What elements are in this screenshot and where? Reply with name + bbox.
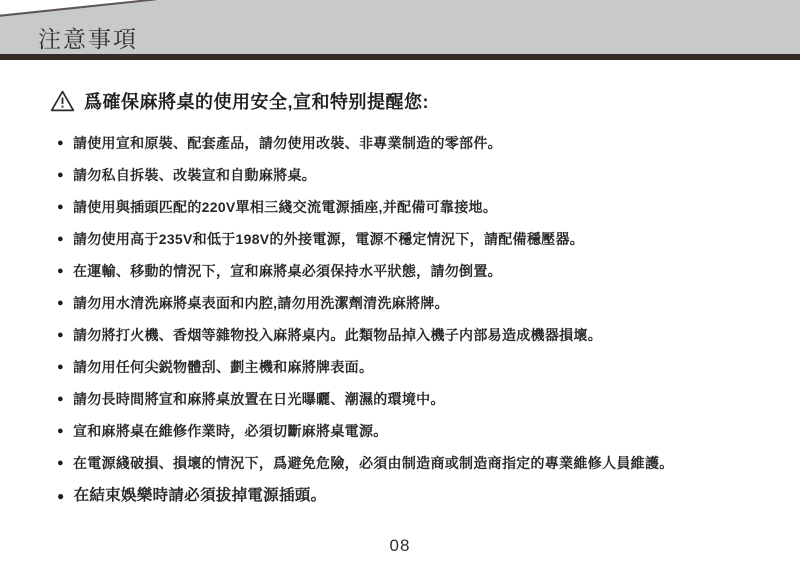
notice-item: ● 在結束娛樂時請必須拔掉電源插頭。 (57, 487, 800, 505)
notice-text: 請勿私自拆裝、改裝宣和自動麻將桌。 (73, 167, 316, 183)
bullet-icon: ● (57, 455, 64, 471)
bullet-icon: ● (57, 135, 64, 151)
notice-item: ● 請使用宣和原裝、配套產品，請勿使用改裝、非專業制造的零部件。 (57, 135, 800, 151)
notice-list: ● 請使用宣和原裝、配套產品，請勿使用改裝、非專業制造的零部件。 ● 請勿私自拆… (57, 135, 800, 505)
notice-item: ● 請勿長時間將宣和麻將桌放置在日光曝曬、潮濕的環境中。 (57, 391, 800, 407)
bullet-icon: ● (57, 423, 64, 439)
notice-text: 請勿使用高于235V和低于198V的外接電源，電源不穩定情況下，請配備穩壓器。 (73, 231, 584, 247)
bullet-icon: ● (57, 359, 64, 375)
bullet-icon: ● (57, 327, 64, 343)
bullet-icon: ● (57, 487, 65, 505)
bullet-icon: ● (57, 295, 64, 311)
bullet-icon: ● (57, 167, 64, 183)
manual-page: 注意事項 爲確保麻將桌的使用安全,宣和特别提醒您: ● 請使用宣和原裝、配套產品… (0, 0, 800, 563)
warning-triangle-icon (50, 90, 75, 112)
notice-text: 在結束娛樂時請必須拔掉電源插頭。 (74, 487, 327, 505)
notice-item: ● 請勿用水清洗麻將桌表面和内腔,請勿用洗潔劑清洗麻將牌。 (57, 295, 800, 311)
notice-text: 請勿將打火機、香烟等雜物投入麻將桌内。此類物品掉入機子内部易造成機器損壞。 (73, 327, 602, 343)
notice-text: 請勿用任何尖鋭物體刮、劃主機和麻將牌表面。 (73, 359, 373, 375)
notice-text: 在電源綫破損、損壞的情況下，爲避免危險，必須由制造商或制造商指定的專業維修人員維… (73, 455, 674, 471)
warning-heading: 爲確保麻將桌的使用安全,宣和特别提醒您: (84, 88, 429, 114)
notice-item: ● 請勿私自拆裝、改裝宣和自動麻將桌。 (57, 167, 800, 183)
notice-item: ● 在運輸、移動的情況下，宣和麻將桌必須保持水平狀態，請勿倒置。 (57, 263, 800, 279)
notice-item: ● 宣和麻將桌在維修作業時，必須切斷麻將桌電源。 (57, 423, 800, 439)
notice-text: 請使用宣和原裝、配套產品，請勿使用改裝、非專業制造的零部件。 (73, 135, 502, 151)
notice-item: ● 請勿將打火機、香烟等雜物投入麻將桌内。此類物品掉入機子内部易造成機器損壞。 (57, 327, 800, 343)
notice-text: 宣和麻將桌在維修作業時，必須切斷麻將桌電源。 (73, 423, 388, 439)
page-footer: 08 (0, 536, 800, 556)
warning-row: 爲確保麻將桌的使用安全,宣和特别提醒您: (50, 88, 800, 114)
section-header-bar: 注意事項 (0, 0, 800, 54)
page-number: 08 (390, 536, 411, 555)
notice-item: ● 請勿用任何尖鋭物體刮、劃主機和麻將牌表面。 (57, 359, 800, 375)
notice-item: ● 在電源綫破損、損壞的情況下，爲避免危險，必須由制造商或制造商指定的專業維修人… (57, 455, 800, 471)
bullet-icon: ● (57, 231, 64, 247)
notice-text: 請勿用水清洗麻將桌表面和内腔,請勿用洗潔劑清洗麻將牌。 (73, 295, 449, 311)
notice-text: 請勿長時間將宣和麻將桌放置在日光曝曬、潮濕的環境中。 (73, 391, 445, 407)
bullet-icon: ● (57, 263, 64, 279)
bullet-icon: ● (57, 391, 64, 407)
notice-text: 在運輸、移動的情況下，宣和麻將桌必須保持水平狀態，請勿倒置。 (73, 263, 502, 279)
notice-item: ● 請使用與插頭匹配的220V單相三綫交流電源插座,并配備可靠接地。 (57, 199, 800, 215)
notice-text: 請使用與插頭匹配的220V單相三綫交流電源插座,并配備可靠接地。 (73, 199, 497, 215)
notice-item: ● 請勿使用高于235V和低于198V的外接電源，電源不穩定情況下，請配備穩壓器… (57, 231, 800, 247)
notice-content: 爲確保麻將桌的使用安全,宣和特别提醒您: ● 請使用宣和原裝、配套產品，請勿使用… (0, 60, 800, 521)
bullet-icon: ● (57, 199, 64, 215)
page-title: 注意事項 (38, 21, 138, 54)
